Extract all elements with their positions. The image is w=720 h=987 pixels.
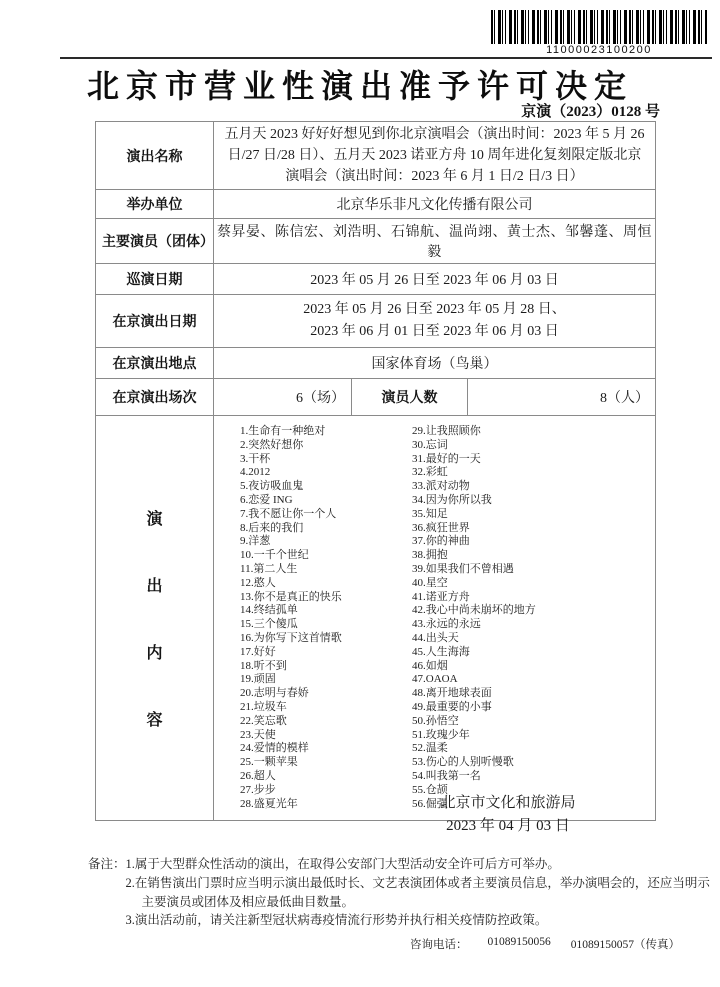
performer-count-value: 8（人） <box>468 379 656 416</box>
beijing-dates-label: 在京演出日期 <box>96 295 214 348</box>
fax-number: 01089150057（传真） <box>571 936 680 952</box>
table-row-venue: 在京演出地点 国家体育场（鸟巢） <box>96 348 656 379</box>
song-item: 2.突然好想你 <box>240 439 412 453</box>
program-label-char: 容 <box>146 707 162 730</box>
song-item: 3.干杯 <box>240 453 412 467</box>
song-item: 50.孙悟空 <box>412 715 536 729</box>
song-item: 29.让我照顾你 <box>412 425 536 439</box>
song-item: 4.2012 <box>240 466 412 480</box>
song-item: 25.一颗苹果 <box>240 756 412 770</box>
song-item: 47.OAOA <box>412 673 536 687</box>
phone-number: 01089150056 <box>488 936 551 952</box>
song-item: 8.后来的我们 <box>240 522 412 536</box>
song-item: 26.超人 <box>240 770 412 784</box>
program-value-cell: 1.生命有一种绝对2.突然好想你3.干杯4.20125.夜访吸血鬼6.恋爱 IN… <box>214 416 656 821</box>
table-row-tour-dates: 巡演日期 2023 年 05 月 26 日至 2023 年 06 月 03 日 <box>96 264 656 295</box>
signature-block: 北京市文化和旅游局 2023 年 04 月 03 日 <box>396 792 620 838</box>
song-item: 6.恋爱 ING <box>240 494 412 508</box>
song-item: 11.第二人生 <box>240 563 412 577</box>
program-label-char: 出 <box>146 573 162 596</box>
song-item: 46.如烟 <box>412 660 536 674</box>
barcode-icon <box>491 10 707 44</box>
song-item: 48.离开地球表面 <box>412 687 536 701</box>
song-item: 1.生命有一种绝对 <box>240 425 412 439</box>
song-item: 23.天使 <box>240 729 412 743</box>
barcode-block: 11000023100200 <box>491 10 707 56</box>
note-item: 3.演出活动前，请关注新型冠状病毒疫情流行形势并执行相关疫情防控政策。 <box>126 911 712 930</box>
program-label-vertical: 演 出 内 容 <box>102 506 207 730</box>
song-item: 15.三个傻瓜 <box>240 618 412 632</box>
song-item: 41.诺亚方舟 <box>412 591 536 605</box>
song-item: 13.你不是真正的快乐 <box>240 591 412 605</box>
contact-phones: 咨询电话： 01089150056 01089150057（传真） <box>410 936 680 952</box>
tour-dates-value: 2023 年 05 月 26 日至 2023 年 06 月 03 日 <box>214 264 656 295</box>
performers-value: 蔡昇晏、陈信宏、刘浩明、石锦航、温尚翊、黄士杰、邹馨蓬、周恒毅 <box>214 219 656 264</box>
permit-table: 演出名称 五月天 2023 好好好想见到你北京演唱会（演出时间：2023 年 5… <box>95 121 656 821</box>
song-item: 31.最好的一天 <box>412 453 536 467</box>
venue-label: 在京演出地点 <box>96 348 214 379</box>
song-item: 37.你的神曲 <box>412 535 536 549</box>
beijing-dates-line-1: 2023 年 05 月 26 日至 2023 年 05 月 28 日、 <box>220 299 649 321</box>
song-item: 43.永远的永远 <box>412 618 536 632</box>
song-list-col-2: 29.让我照顾你30.忘词31.最好的一天32.彩虹33.派对动物34.因为你所… <box>412 425 536 811</box>
program-label: 演 出 内 容 <box>96 416 214 821</box>
song-item: 22.笑忘歌 <box>240 715 412 729</box>
song-item: 16.为你写下这首情歌 <box>240 632 412 646</box>
doc-number: 京演（2023）0128 号 <box>521 100 660 121</box>
table-row-shows-count: 在京演出场次 6（场） 演员人数 8（人） <box>96 379 656 416</box>
table-row-beijing-dates: 在京演出日期 2023 年 05 月 26 日至 2023 年 05 月 28 … <box>96 295 656 348</box>
song-item: 44.出头天 <box>412 632 536 646</box>
show-name-value: 五月天 2023 好好好想见到你北京演唱会（演出时间：2023 年 5 月 26… <box>214 122 656 190</box>
program-label-char: 内 <box>146 640 162 663</box>
song-item: 45.人生海海 <box>412 646 536 660</box>
song-item: 36.疯狂世界 <box>412 522 536 536</box>
barcode-number: 11000023100200 <box>491 44 707 56</box>
song-item: 21.垃圾车 <box>240 701 412 715</box>
beijing-dates-value: 2023 年 05 月 26 日至 2023 年 05 月 28 日、 2023… <box>214 295 656 348</box>
song-item: 40.星空 <box>412 577 536 591</box>
shows-count-value: 6（场） <box>214 379 352 416</box>
venue-value: 国家体育场（鸟巢） <box>214 348 656 379</box>
song-item: 20.志明与春娇 <box>240 687 412 701</box>
organizer-label: 举办单位 <box>96 190 214 219</box>
song-item: 38.拥抱 <box>412 549 536 563</box>
song-list-col-1: 1.生命有一种绝对2.突然好想你3.干杯4.20125.夜访吸血鬼6.恋爱 IN… <box>240 425 412 811</box>
performers-label: 主要演员（团体） <box>96 219 214 264</box>
performer-count-label: 演员人数 <box>352 379 468 416</box>
program-label-char: 演 <box>146 506 162 529</box>
song-item: 7.我不愿让你一个人 <box>240 508 412 522</box>
notes-list: 1.属于大型群众性活动的演出，在取得公安部门大型活动安全许可后方可举办。2.在销… <box>126 855 712 930</box>
notes-block: 备注： 1.属于大型群众性活动的演出，在取得公安部门大型活动安全许可后方可举办。… <box>88 855 712 930</box>
song-item: 12.憨人 <box>240 577 412 591</box>
song-item: 10.一千个世纪 <box>240 549 412 563</box>
signature-authority: 北京市文化和旅游局 <box>396 792 620 815</box>
table-row-show-name: 演出名称 五月天 2023 好好好想见到你北京演唱会（演出时间：2023 年 5… <box>96 122 656 190</box>
song-item: 49.最重要的小事 <box>412 701 536 715</box>
song-list: 1.生命有一种绝对2.突然好想你3.干杯4.20125.夜访吸血鬼6.恋爱 IN… <box>220 418 649 811</box>
header-divider <box>60 57 712 59</box>
song-item: 30.忘词 <box>412 439 536 453</box>
signature-date: 2023 年 04 月 03 日 <box>396 815 620 838</box>
song-item: 54.叫我第一名 <box>412 770 536 784</box>
song-item: 14.终结孤单 <box>240 604 412 618</box>
song-item: 34.因为你所以我 <box>412 494 536 508</box>
organizer-value: 北京华乐非凡文化传播有限公司 <box>214 190 656 219</box>
permit-document-page: 11000023100200 北京市营业性演出准予许可决定 京演（2023）01… <box>0 0 720 987</box>
song-item: 19.顽固 <box>240 673 412 687</box>
show-name-label: 演出名称 <box>96 122 214 190</box>
notes-label: 备注： <box>88 855 126 930</box>
song-item: 17.好好 <box>240 646 412 660</box>
song-item: 5.夜访吸血鬼 <box>240 480 412 494</box>
table-row-performers: 主要演员（团体） 蔡昇晏、陈信宏、刘浩明、石锦航、温尚翊、黄士杰、邹馨蓬、周恒毅 <box>96 219 656 264</box>
beijing-dates-line-2: 2023 年 06 月 01 日至 2023 年 06 月 03 日 <box>220 321 649 343</box>
song-item: 33.派对动物 <box>412 480 536 494</box>
tour-dates-label: 巡演日期 <box>96 264 214 295</box>
table-row-organizer: 举办单位 北京华乐非凡文化传播有限公司 <box>96 190 656 219</box>
song-item: 18.听不到 <box>240 660 412 674</box>
song-item: 28.盛夏光年 <box>240 798 412 812</box>
song-item: 53.伤心的人别听慢歌 <box>412 756 536 770</box>
song-item: 9.洋葱 <box>240 535 412 549</box>
phone-label: 咨询电话： <box>410 936 468 952</box>
song-item: 24.爱情的模样 <box>240 742 412 756</box>
song-item: 52.温柔 <box>412 742 536 756</box>
song-item: 39.如果我们不曾相遇 <box>412 563 536 577</box>
song-item: 42.我心中尚未崩坏的地方 <box>412 604 536 618</box>
table-row-program: 演 出 内 容 1.生命有一种绝对2.突然好想你3.干杯4.20125.夜访吸血… <box>96 416 656 821</box>
shows-count-label: 在京演出场次 <box>96 379 214 416</box>
song-item: 35.知足 <box>412 508 536 522</box>
song-item: 32.彩虹 <box>412 466 536 480</box>
song-item: 51.玫瑰少年 <box>412 729 536 743</box>
note-item: 1.属于大型群众性活动的演出，在取得公安部门大型活动安全许可后方可举办。 <box>126 855 712 874</box>
song-item: 27.步步 <box>240 784 412 798</box>
note-item: 2.在销售演出门票时应当明示演出最低时长、文艺表演团体或者主要演员信息，举办演唱… <box>126 874 712 912</box>
